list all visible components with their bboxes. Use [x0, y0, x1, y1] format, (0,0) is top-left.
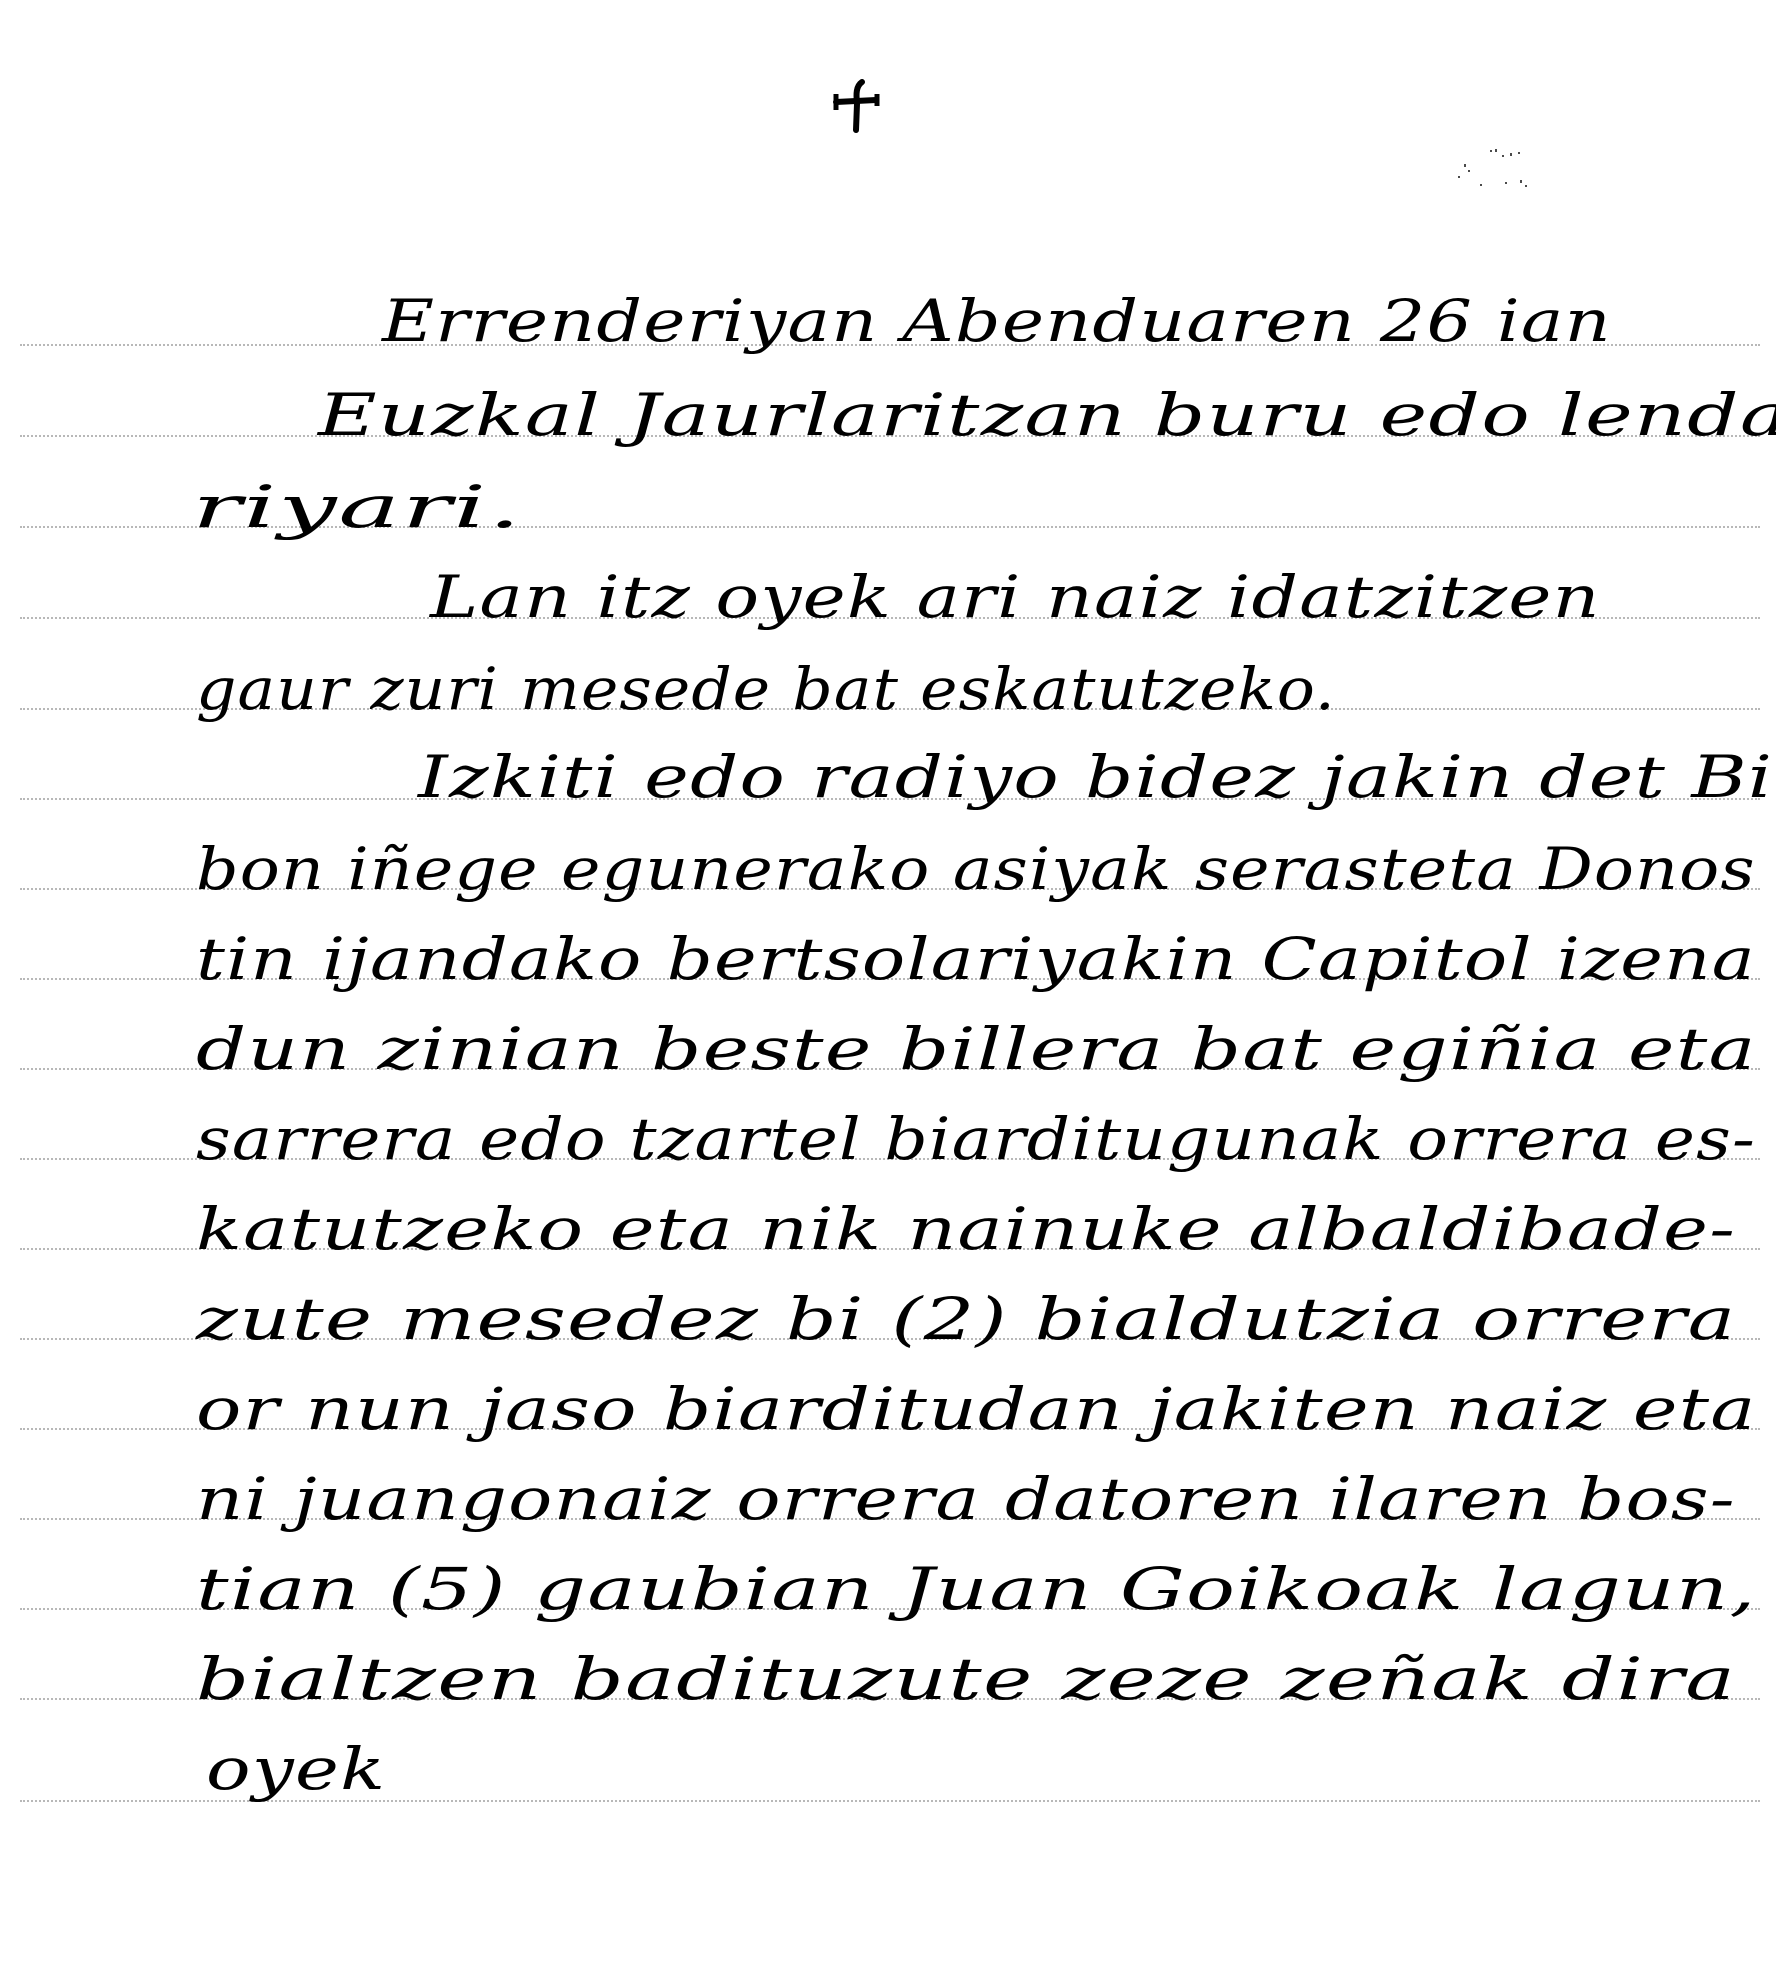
- letter-line: Izkiti edo radiyo bidez jakin det Bil: [418, 748, 1776, 806]
- letter-line: tian (5) gaubian Juan Goikoak lagun,: [196, 1560, 1757, 1618]
- letter-line: or nun jaso biarditudan jakiten naiz eta: [196, 1380, 1757, 1438]
- letter-line: gaur zuri mesede bat eskatutzeko.: [196, 660, 1336, 718]
- letter-line: bon iñege egunerako asiyak serasteta Don…: [196, 840, 1756, 898]
- letter-line: dun zinian beste billera bat egiñia eta: [196, 1020, 1757, 1078]
- letter-line: ni juangonaiz orrera datoren ilaren bos-: [196, 1470, 1736, 1528]
- letter-closing-line: oyek: [206, 1740, 386, 1798]
- letter-line: tin ijandako bertsolariyakin Capitol ize…: [196, 930, 1756, 988]
- scan-speckle: [1450, 140, 1530, 190]
- letter-line: bialtzen badituzute zeze zeñak dira: [196, 1650, 1736, 1708]
- letter-date-line: Errenderiyan Abenduaren 26 ian: [382, 292, 1612, 350]
- letter-line: Lan itz oyek ari naiz idatzitzen: [430, 568, 1601, 626]
- letter-line: Euzkal Jaurlaritzan buru edo lendaka-: [318, 386, 1776, 444]
- letter-page: Errenderiyan Abenduaren 26 ian Euzkal Ja…: [0, 0, 1776, 1988]
- letter-line: sarrera edo tzartel biarditugunak orrera…: [196, 1110, 1756, 1168]
- cross-icon: [832, 78, 882, 138]
- letter-line: zute mesedez bi (2) bialdutzia orrera: [196, 1290, 1736, 1348]
- letter-line: riyari.: [192, 478, 523, 536]
- letter-line: katutzeko eta nik nainuke albaldibade-: [196, 1200, 1736, 1258]
